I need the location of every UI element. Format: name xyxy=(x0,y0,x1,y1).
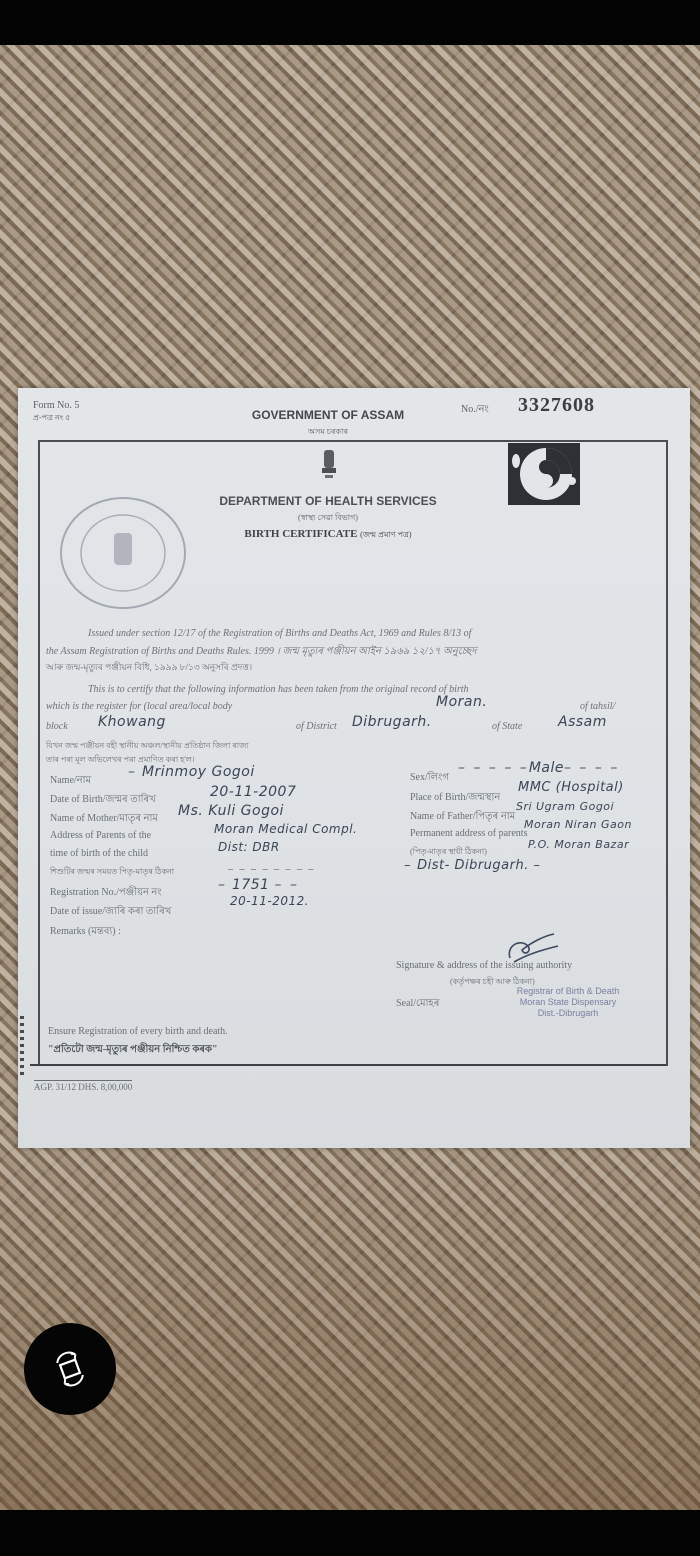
department-heading-bn: (স্বাস্থ্য সেৱা বিভাগ) xyxy=(178,512,478,525)
footer-bengali: "প্ৰতিটো জন্ম-মৃত্যুৰ পঞ্জীয়ন নিশ্চিত ক… xyxy=(48,1042,218,1059)
state-value: Assam xyxy=(558,714,607,730)
mother-name-value: Ms. Kuli Gogoi xyxy=(178,803,284,819)
serial-number: 3327608 xyxy=(518,394,595,417)
health-dept-logo-icon xyxy=(508,443,580,505)
tahsil-label: of tahsil/ xyxy=(580,701,615,712)
print-code: AGP. 31/12 DHS. 8,00,000 xyxy=(34,1080,132,1092)
permanent-address-value-1: Moran Niran Gaon xyxy=(524,818,632,831)
mat-shadow xyxy=(0,1120,700,1510)
dash-line: – – – – – – – – xyxy=(228,864,316,875)
bn-line-1: যিখন জন্ম পঞ্জীয়ন বহী স্থানীয় অঞ্চল/স্… xyxy=(46,740,249,753)
bottom-black-bar xyxy=(0,1510,700,1556)
district-label: of District xyxy=(296,721,337,732)
father-name-label: Name of Father/পিতৃৰ নাম xyxy=(410,809,515,826)
top-black-bar xyxy=(0,0,700,45)
father-name-value: Sri Ugram Gogoi xyxy=(516,800,614,813)
seal-label: Seal/মোহৰ xyxy=(396,996,439,1013)
signature-label: Signature & address of the issuing autho… xyxy=(396,960,572,971)
birth-time-address-bn-label: শিশুটিৰ জন্মৰ সময়ত পিতৃ-মাতৃৰ ঠিকনা xyxy=(50,866,174,879)
certify-line-2: which is the register for (local area/lo… xyxy=(46,701,232,712)
footer-english: Ensure Registration of every birth and d… xyxy=(48,1026,228,1037)
seal-stamp-icon xyxy=(56,493,191,613)
permanent-address-value-2: P.O. Moran Bazar xyxy=(528,838,629,851)
issued-under-line-3: আৰু জন্ম-মৃত্যুৰ পঞ্জীয়ন বিধি, ১৯৯৯ ৮/১… xyxy=(46,660,252,675)
government-heading: GOVERNMENT OF ASSAM xyxy=(218,408,438,422)
dob-label: Date of Birth/জন্মৰ তাৰিখ xyxy=(50,792,156,809)
issue-date-value: 20-11-2012. xyxy=(230,894,309,908)
address-label-1: Address of Parents of the xyxy=(50,830,151,841)
registrar-seal: Registrar of Birth & Death Moran State D… xyxy=(493,986,643,1019)
issue-date-label: Date of issue/জাৰি কৰা তাৰিখ xyxy=(50,904,171,921)
form-number: Form No. 5 প্ৰ-পত্ৰ নং ৫ xyxy=(33,400,79,424)
national-emblem-icon xyxy=(320,448,338,482)
address-value-1: Moran Medical Compl. xyxy=(214,822,357,836)
name-value: – Mrinmoy Gogoi xyxy=(128,764,255,780)
place-of-birth-value: MMC (Hospital) xyxy=(518,780,624,795)
issued-under-line-2: the Assam Registration of Births and Dea… xyxy=(46,644,477,661)
permanent-address-value-3: – Dist- Dibrugarh. – xyxy=(404,858,542,873)
local-body-value: Moran. xyxy=(436,694,487,710)
block-value: Khowang xyxy=(98,714,166,730)
address-label-2: time of birth of the child xyxy=(50,848,148,859)
registration-no-value: – 1751 – – xyxy=(218,877,299,893)
sex-label: Sex/লিংগ xyxy=(410,770,449,787)
permanent-address-label: Permanent address of parents xyxy=(410,828,527,839)
sex-value: – – – – –Male– – – – xyxy=(458,760,619,776)
block-label: block xyxy=(46,721,68,732)
government-heading-bn: অসম চৰকাৰ xyxy=(218,426,438,439)
name-label: Name/নাম xyxy=(50,773,91,790)
rotate-screen-button[interactable] xyxy=(24,1323,116,1415)
serial-label: No./নং xyxy=(461,402,489,419)
department-heading: DEPARTMENT OF HEALTH SERVICES xyxy=(178,494,478,508)
registration-no-label: Registration No./পঞ্জীয়ন নং xyxy=(50,885,162,902)
dob-value: 20-11-2007 xyxy=(210,784,296,800)
remarks-label: Remarks (মন্তব্য) : xyxy=(50,924,121,941)
address-value-2: Dist: DBR xyxy=(218,840,280,854)
district-value: Dibrugarh. xyxy=(352,714,432,730)
state-label: of State xyxy=(492,721,522,732)
issued-under-line-1: Issued under section 12/17 of the Regist… xyxy=(88,628,471,639)
birth-certificate-document: Form No. 5 প্ৰ-পত্ৰ নং ৫ No./নং 3327608 … xyxy=(18,388,690,1148)
place-of-birth-label: Place of Birth/জন্মস্থান xyxy=(410,790,500,807)
bottom-rule xyxy=(30,1064,666,1066)
mother-name-label: Name of Mother/মাতৃৰ নাম xyxy=(50,811,158,828)
screen-rotate-icon xyxy=(50,1349,90,1389)
perforated-edge xyxy=(20,1016,24,1076)
certify-line-1: This is to certify that the following in… xyxy=(88,684,469,695)
certificate-title: BIRTH CERTIFICATE (জন্ম প্ৰমাণ পত্ৰ) xyxy=(178,528,478,542)
